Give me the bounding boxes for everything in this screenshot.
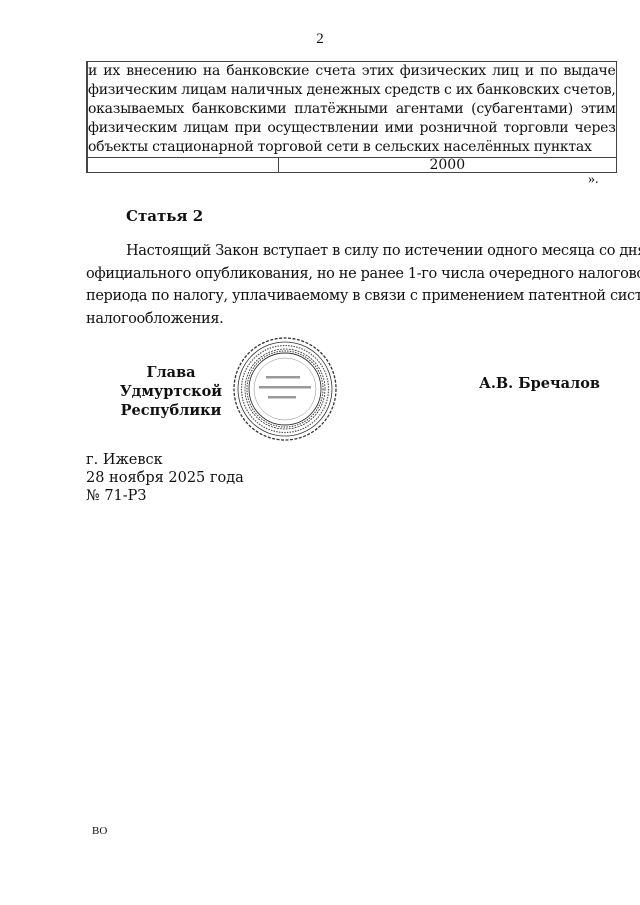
footer-initials: ВО (92, 825, 107, 837)
description-line: и их внесению на банковские счета этих ф… (88, 62, 616, 81)
signatory-title: Глава Удмуртской Республики (86, 363, 256, 420)
paragraph-line: официального опубликования, но не ранее … (86, 263, 602, 286)
page-number: 2 (0, 31, 640, 48)
tax-rate-table: и их внесению на банковские счета этих ф… (86, 61, 617, 173)
paragraph-line: Настоящий Закон вступает в силу по истеч… (86, 240, 602, 263)
description-line: объекты стационарной торговой сети в сел… (88, 138, 616, 157)
law-number: № 71-РЗ (86, 487, 244, 505)
signatory-name: А.В. Бречалов (479, 375, 600, 392)
article-heading: Статья 2 (126, 207, 203, 225)
signatory-title-line1: Глава (86, 363, 256, 382)
document-meta: г. Ижевск 28 ноября 2025 года № 71-РЗ (86, 451, 244, 505)
table-row: 2000 (87, 158, 617, 173)
table-cell-value: 2000 (279, 158, 617, 173)
description-line: физическим лицам наличных денежных средс… (88, 81, 616, 100)
closing-quote: ». (588, 172, 599, 188)
paragraph-line: периода по налогу, уплачиваемому в связи… (86, 285, 602, 308)
official-seal-icon (232, 336, 338, 442)
city: г. Ижевск (86, 451, 244, 469)
article-paragraph: Настоящий Закон вступает в силу по истеч… (86, 240, 602, 330)
table-cell-left (88, 158, 279, 173)
table-row: и их внесению на банковские счета этих ф… (87, 62, 617, 158)
signatory-title-line2: Удмуртской Республики (86, 382, 256, 420)
description-line: физическим лицам при осуществлении ими р… (88, 119, 616, 138)
table-cell-description: и их внесению на банковские счета этих ф… (88, 62, 617, 158)
date: 28 ноября 2025 года (86, 469, 244, 487)
paragraph-line: налогообложения. (86, 308, 602, 331)
description-line: оказываемых банковскими платёжными агент… (88, 100, 616, 119)
